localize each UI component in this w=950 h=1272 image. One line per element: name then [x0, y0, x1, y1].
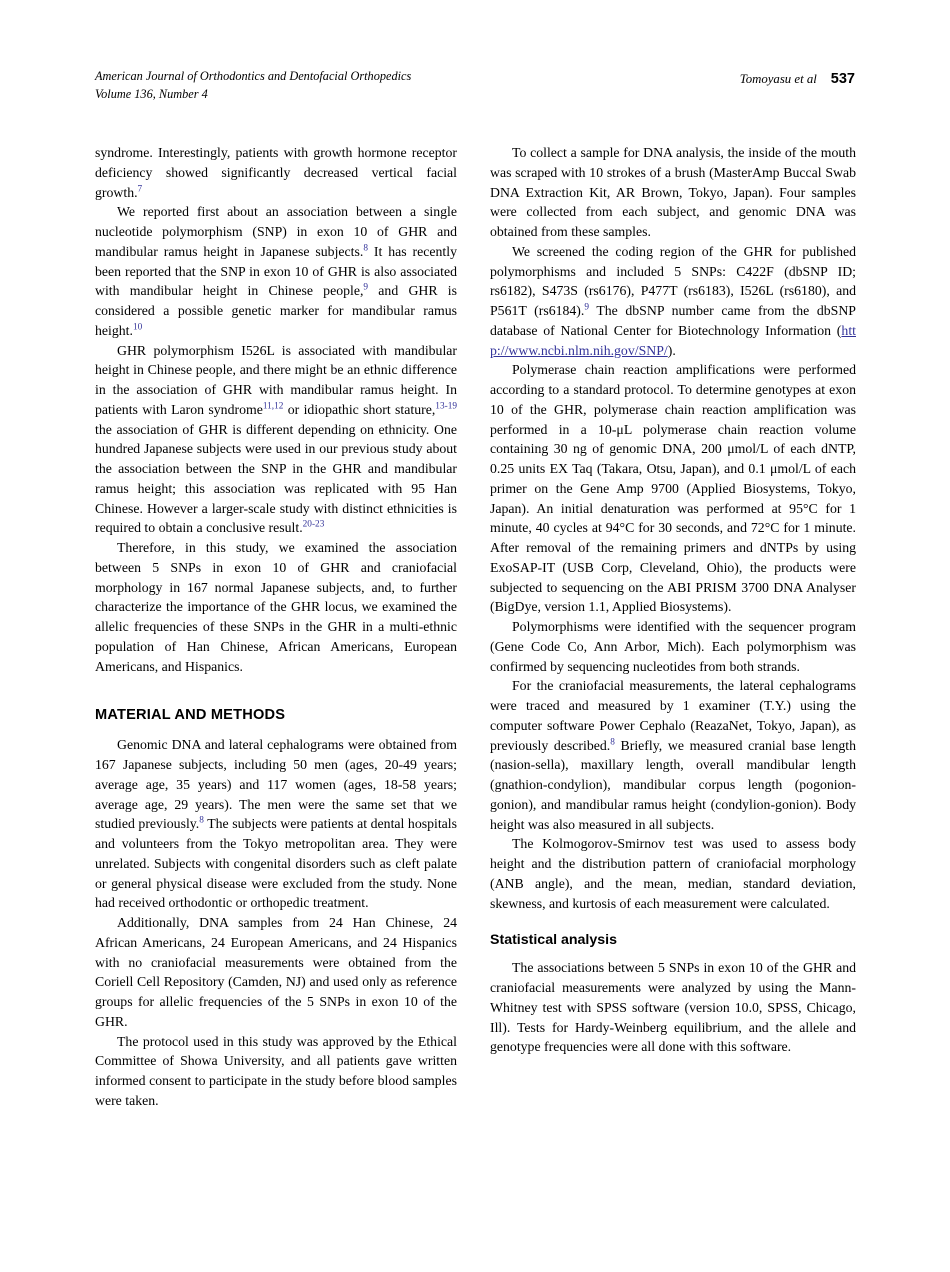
text-run: To collect a sample for DNA analysis, th…: [490, 145, 856, 239]
reference-link[interactable]: 13-19: [435, 401, 457, 411]
paragraph: We reported first about an association b…: [95, 202, 457, 340]
page-number: 537: [831, 71, 855, 87]
paragraph: To collect a sample for DNA analysis, th…: [490, 143, 856, 242]
section-heading: MATERIAL AND METHODS: [95, 707, 457, 723]
text-run: Therefore, in this study, we examined th…: [95, 540, 457, 674]
paragraph: The associations between 5 SNPs in exon …: [490, 958, 856, 1057]
reference-link[interactable]: 20-23: [303, 520, 325, 530]
text-run: Additionally, DNA samples from 24 Han Ch…: [95, 915, 457, 1029]
journal-volume: Volume 136, Number 4: [95, 86, 411, 104]
paragraph: The protocol used in this study was appr…: [95, 1032, 457, 1111]
text-run: The protocol used in this study was appr…: [95, 1034, 457, 1108]
text-run: Polymorphisms were identified with the s…: [490, 619, 856, 674]
text-run: The associations between 5 SNPs in exon …: [490, 960, 856, 1054]
paragraph: Polymerase chain reaction amplifications…: [490, 360, 856, 617]
paragraph: For the craniofacial measurements, the l…: [490, 676, 856, 834]
text-run: syndrome. Interestingly, patients with g…: [95, 145, 457, 200]
paragraph: The Kolmogorov-Smirnov test was used to …: [490, 834, 856, 913]
paragraph: Genomic DNA and lateral cephalograms wer…: [95, 735, 457, 913]
paragraph: We screened the coding region of the GHR…: [490, 242, 856, 361]
journal-title: American Journal of Orthodontics and Den…: [95, 68, 411, 86]
paragraph: Additionally, DNA samples from 24 Han Ch…: [95, 913, 457, 1032]
reference-link[interactable]: 11,12: [263, 401, 284, 411]
authors-label: Tomoyasu et al: [740, 72, 817, 86]
text-run: ).: [668, 343, 676, 358]
running-head-journal: American Journal of Orthodontics and Den…: [95, 68, 411, 103]
text-run: or idiopathic short stature,: [283, 402, 435, 417]
text-run: the association of GHR is different depe…: [95, 422, 457, 536]
reference-link[interactable]: 10: [133, 322, 142, 332]
paragraph: syndrome. Interestingly, patients with g…: [95, 143, 457, 202]
running-head-authors: Tomoyasu et al537: [740, 70, 855, 88]
text-run: Polymerase chain reaction amplifications…: [490, 362, 856, 614]
paragraph: GHR polymorphism I526L is associated wit…: [95, 341, 457, 539]
text-run: The Kolmogorov-Smirnov test was used to …: [490, 836, 856, 910]
journal-page: American Journal of Orthodontics and Den…: [0, 0, 950, 1272]
reference-link[interactable]: 7: [138, 184, 143, 194]
right-column: To collect a sample for DNA analysis, th…: [490, 143, 856, 1057]
sub-heading: Statistical analysis: [490, 932, 856, 948]
paragraph: Therefore, in this study, we examined th…: [95, 538, 457, 676]
paragraph: Polymorphisms were identified with the s…: [490, 617, 856, 676]
left-column: syndrome. Interestingly, patients with g…: [95, 143, 457, 1111]
